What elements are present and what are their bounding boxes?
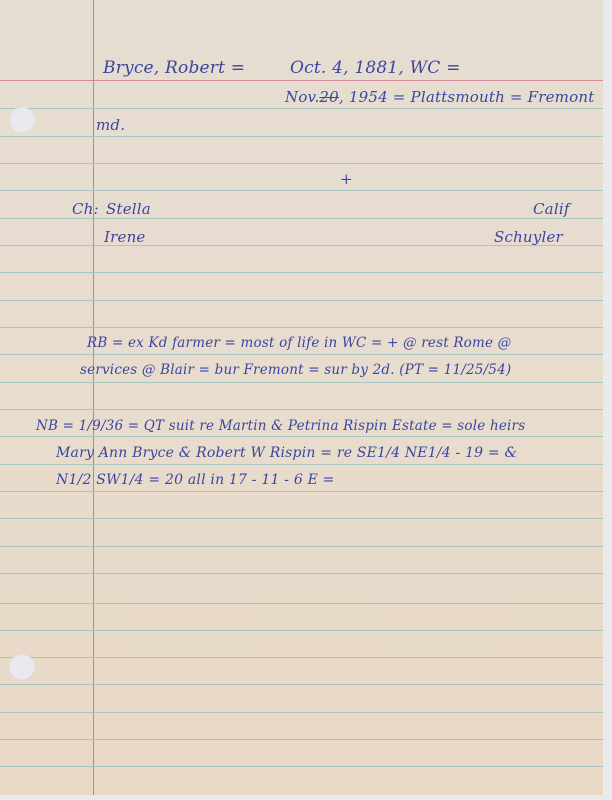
rule-line [0,464,603,465]
death-day-struck: 20 [319,88,339,106]
rule-line [0,630,603,631]
child-right-2: Schuyler [494,228,563,246]
rule-line [0,436,603,437]
punch-hole [9,654,35,680]
birth-entry: Oct. 4, 1881, WC = [290,58,461,78]
rule-line [0,272,603,273]
rule-line [0,136,603,137]
rule-line [0,218,603,219]
note-line-2: services @ Blair = bur Fremont = sur by … [80,362,511,378]
rule-line [0,546,603,547]
death-rest: , 1954 = Plattsmouth = Fremont [339,88,595,106]
legal-line-3: N1/2 SW1/4 = 20 all in 17 - 11 - 6 E = [56,472,335,488]
legal-line-1: NB = 1/9/36 = QT suit re Martin & Petrin… [36,418,525,434]
child-left-1: Stella [106,200,151,218]
rule-line [0,573,603,574]
legal-line-2: Mary Ann Bryce & Robert W Rispin = re SE… [56,445,517,461]
notebook-page: Bryce, Robert = Oct. 4, 1881, WC = Nov.2… [0,0,603,795]
death-month: Nov. [285,88,319,106]
punch-hole [9,107,35,133]
plus-sign: + [340,170,353,188]
rule-line [0,657,603,658]
rule-line [0,684,603,685]
rule-line [0,491,603,492]
rule-line [0,327,603,328]
death-entry: Nov.20, 1954 = Plattsmouth = Fremont [285,88,594,106]
note-line-1: RB = ex Kd farmer = most of life in WC =… [87,335,511,351]
rule-line [0,354,603,355]
children-label: Ch: [72,200,99,218]
rule-line [0,766,603,767]
margin-line [93,0,94,795]
marital-note: md. [96,116,125,134]
rule-line [0,300,603,301]
rule-line [0,603,603,604]
rule-line [0,190,603,191]
rule-line [0,518,603,519]
rule-line [0,108,603,109]
header-rule [0,80,603,81]
rule-line [0,409,603,410]
rule-line [0,712,603,713]
child-left-2: Irene [104,228,146,246]
rule-line [0,163,603,164]
rule-line [0,382,603,383]
name-entry: Bryce, Robert = [103,58,245,78]
child-right-1: Calif [533,200,570,218]
rule-line [0,739,603,740]
